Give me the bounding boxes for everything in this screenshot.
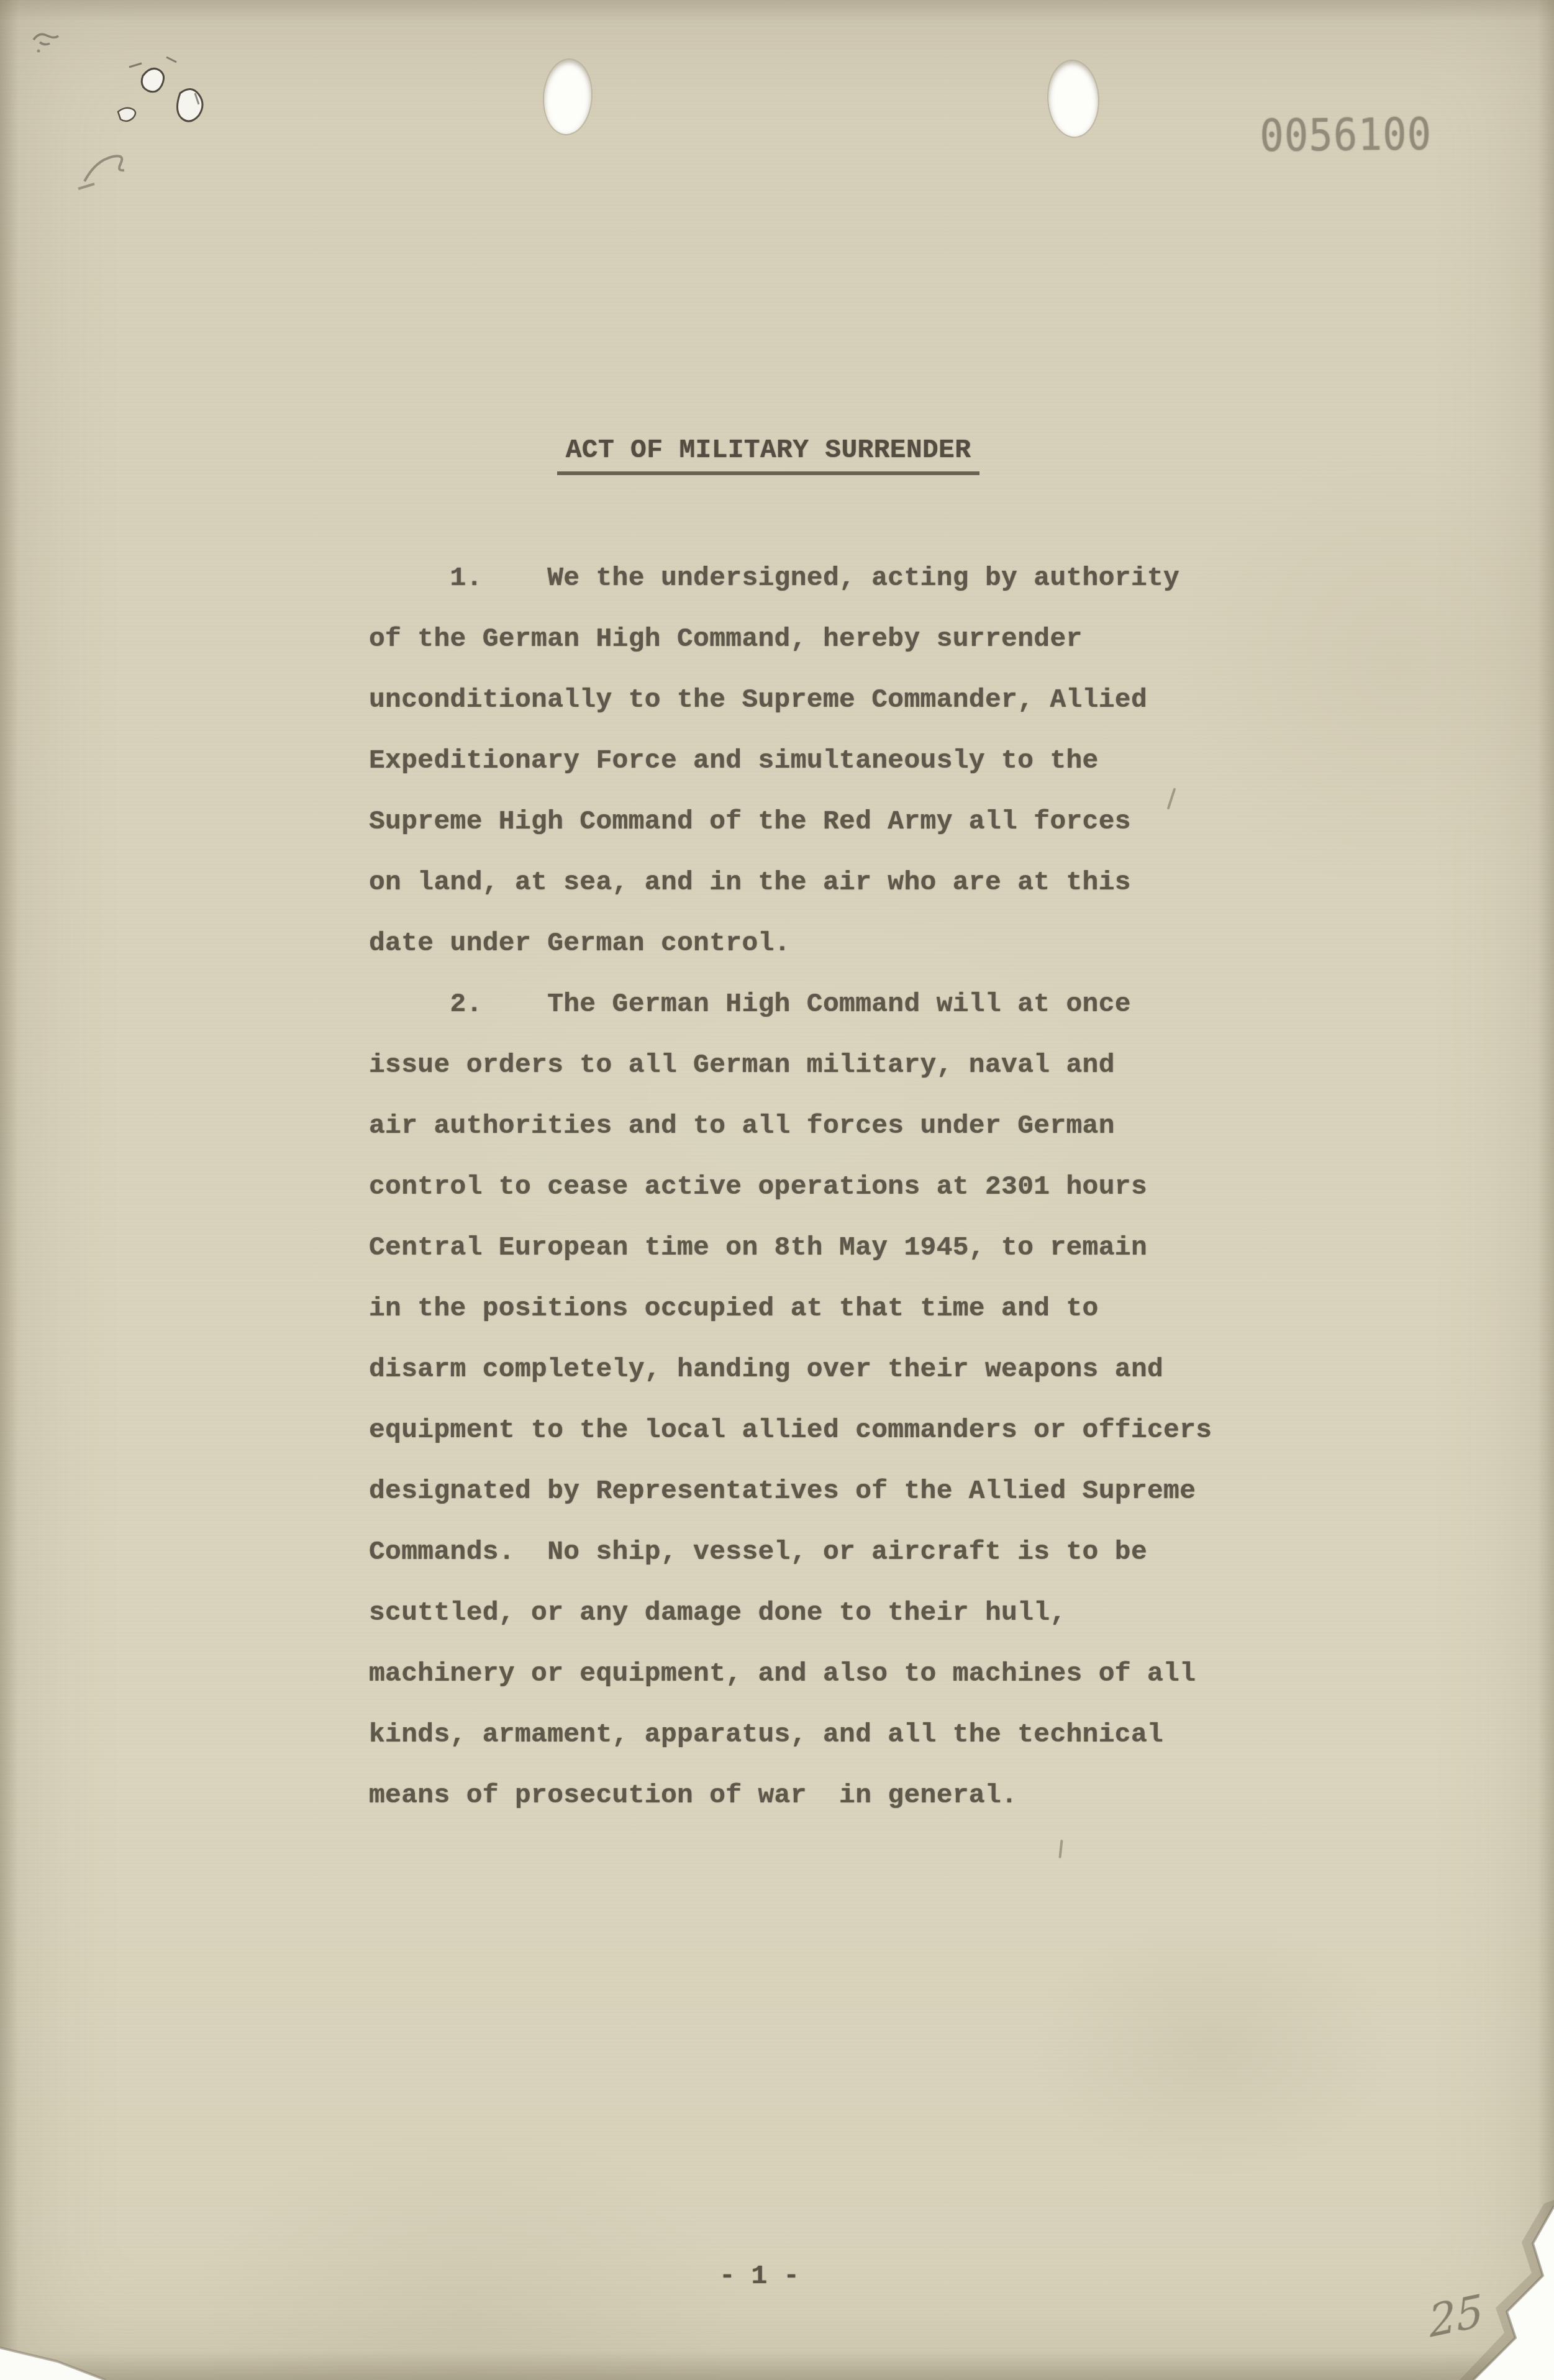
body-line: in the positions occupied at that time a… bbox=[369, 1278, 1212, 1339]
body-line: machinery or equipment, and also to mach… bbox=[369, 1643, 1212, 1704]
title-row: ACT OF MILITARY SURRENDER bbox=[0, 435, 1537, 475]
body-line: issue orders to all German military, nav… bbox=[369, 1035, 1212, 1096]
body-line: kinds, armament, apparatus, and all the … bbox=[369, 1704, 1212, 1765]
damage-marks-top-left bbox=[25, 19, 286, 217]
body-line: unconditionally to the Supreme Commander… bbox=[369, 670, 1212, 730]
body-line: equipment to the local allied commanders… bbox=[369, 1400, 1212, 1461]
punch-hole-left-icon bbox=[542, 58, 594, 135]
body-line: scuttled, or any damage done to their hu… bbox=[369, 1583, 1212, 1643]
pencil-stroke-mark bbox=[1058, 1840, 1063, 1858]
body-line: Commands. No ship, vessel, or aircraft i… bbox=[369, 1522, 1212, 1583]
serial-number-stamp: 0056100 bbox=[1260, 109, 1432, 162]
worn-edge-bottom-left bbox=[0, 2299, 174, 2380]
body-line: means of prosecution of war in general. bbox=[369, 1765, 1212, 1826]
torn-corner-bottom-right bbox=[1293, 2119, 1554, 2380]
punch-hole-right-icon bbox=[1047, 60, 1100, 138]
body-line: Expeditionary Force and simultaneously t… bbox=[369, 730, 1212, 791]
body-line: Central European time on 8th May 1945, t… bbox=[369, 1217, 1212, 1278]
document-title: ACT OF MILITARY SURRENDER bbox=[557, 435, 980, 475]
document-body: 1. We the undersigned, acting by authori… bbox=[369, 548, 1212, 1826]
body-line: date under German control. bbox=[369, 913, 1212, 974]
body-line: of the German High Command, hereby surre… bbox=[369, 609, 1212, 670]
body-line: air authorities and to all forces under … bbox=[369, 1096, 1212, 1156]
body-line: disarm completely, handing over their we… bbox=[369, 1339, 1212, 1400]
body-line: designated by Representatives of the All… bbox=[369, 1461, 1212, 1522]
document-page: 0056100 ACT OF MILITARY SURRENDER 1. We … bbox=[0, 0, 1554, 2380]
body-line: control to cease active operations at 23… bbox=[369, 1156, 1212, 1217]
body-line: on land, at sea, and in the air who are … bbox=[369, 852, 1212, 913]
page-number: - 1 - bbox=[719, 2261, 799, 2291]
body-line: 1. We the undersigned, acting by authori… bbox=[369, 548, 1212, 609]
body-line: Supreme High Command of the Red Army all… bbox=[369, 791, 1212, 852]
body-line: 2. The German High Command will at once bbox=[369, 974, 1212, 1035]
